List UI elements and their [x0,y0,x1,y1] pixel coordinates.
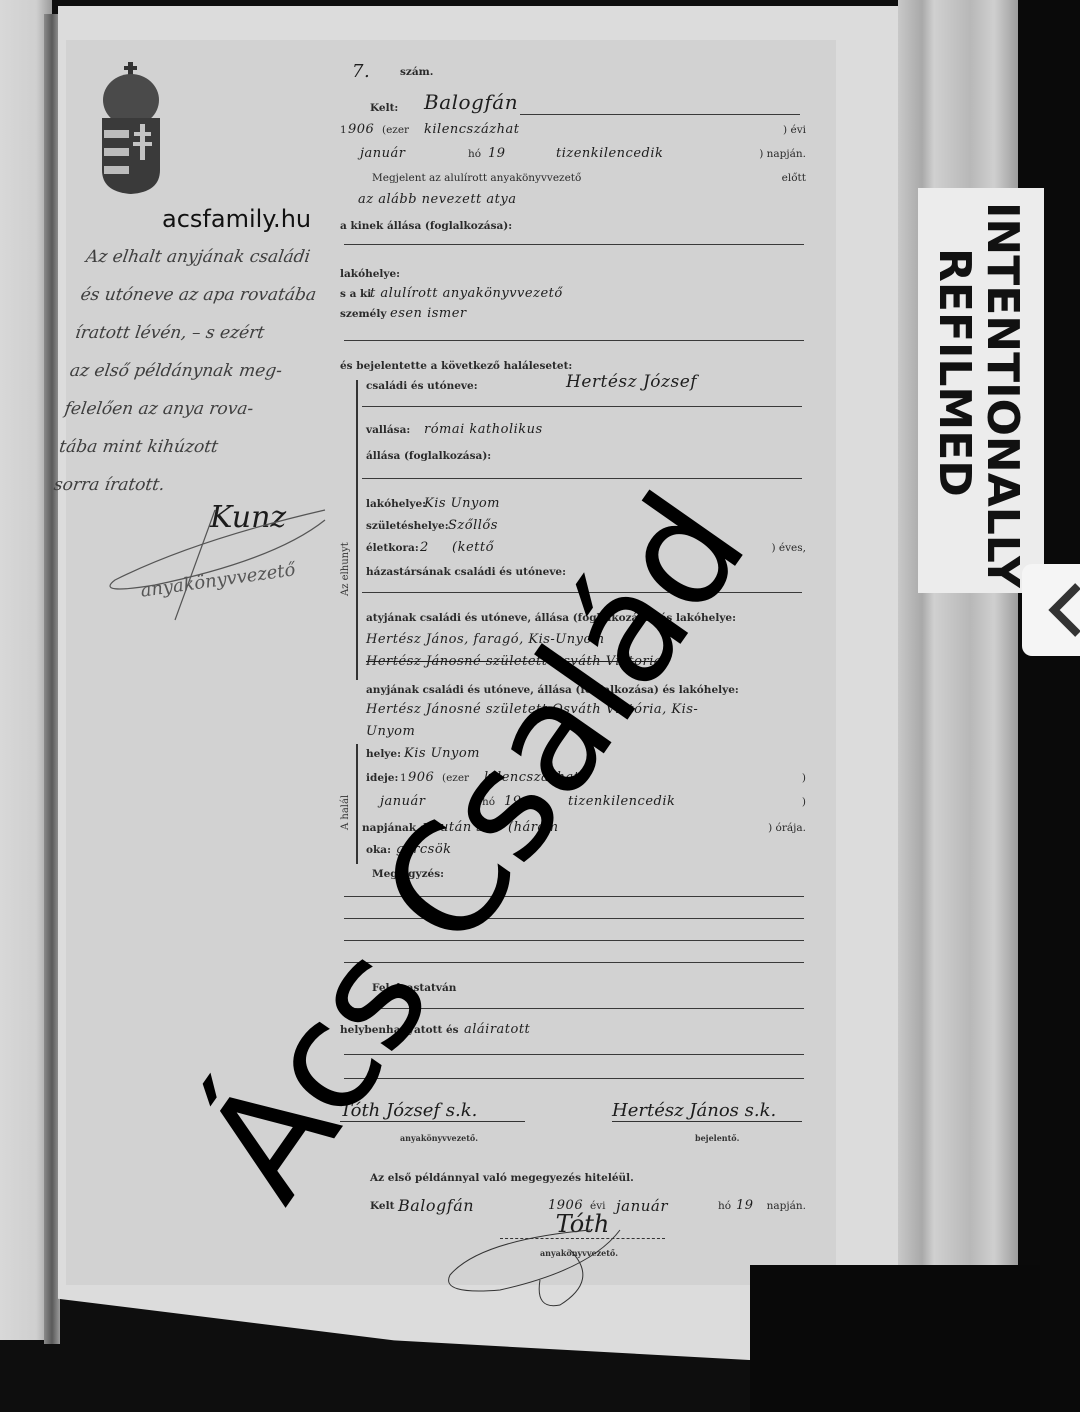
bejelentette-label: és bejelentette a következő halálesetet: [340,356,572,376]
szemely-value: esen ismer [390,304,467,324]
entry-number-line: 7. szám. [340,62,806,82]
saki-value: t alulírott anyakönyvvezető [370,284,563,304]
declarant-line: az alább nevezett atya [340,190,806,210]
signature-flourish-icon [440,1210,640,1310]
deceased-name: Hertész József [566,372,697,392]
declarant-role: bejelentő. [695,1133,739,1143]
deceased-residence-line: lakóhelye: Kis Unyom [340,494,806,514]
kelt-line: Kelt: Balogfán [340,98,806,118]
stamp-line-2: REFILMED [929,248,980,497]
deceased-occupation-label: állása (foglalkozása): [366,446,491,466]
entry-number: 7. [352,62,370,82]
elott-label: előtt [782,168,806,188]
rule [362,406,802,407]
dark-background-bottom [750,1265,1040,1412]
month-value: január [360,144,406,164]
registrar-role: anyakönyvvezető. [400,1133,478,1143]
spouse-label: házastársának családi és utóneve: [366,562,566,582]
margin-note-line: sorra íratott. [51,466,326,504]
copy-day: 19 [736,1196,754,1216]
birthplace-label: születéshelye: [366,516,449,536]
margin-note-line: Az elhalt anyjának családi [83,238,358,276]
book-gutter [44,14,60,1344]
declarant-value: az alább nevezett atya [358,190,516,210]
death-place-label: helye: [366,744,401,764]
helyben-value: aláiratott [464,1020,530,1040]
evi-label: ) évi [783,120,806,140]
stamp-line-1: INTENTIONALLY [977,202,1028,588]
ho-label: hó [468,144,481,164]
religion-label: vallása: [366,420,410,440]
hungarian-coat-of-arms-icon [100,60,162,195]
age-value: 2 [420,538,429,558]
copy-ho: hó [718,1196,731,1216]
deceased-residence: Kis Unyom [424,494,500,514]
margin-note-line: íratott lévén, – s ezért [73,314,348,352]
year-line: 1 906 (ezer kilencszázhat ) évi [340,120,806,140]
residence-line: lakóhelye: [340,264,806,284]
rule [344,244,804,245]
occupation-label: a kinek állása (foglalkozása): [340,216,512,236]
refilmed-stamp: INTENTIONALLY REFILMED [918,188,1044,593]
year-prefix: 1 [340,120,347,140]
margin-note-line: az első példánynak meg- [67,352,342,390]
deceased-residence-label: lakóhelye: [366,494,426,514]
mother-value-2: Unyom [366,722,415,742]
religion-value: római katholikus [424,420,543,440]
deceased-name-label: családi és utóneve: [366,376,478,396]
age-label: életkora: [366,538,419,558]
margin-note-line: tába mint kihúzott [57,428,332,466]
margin-signature-flourish-icon [95,500,345,640]
ezer-label: (ezer [382,120,409,140]
birthplace-value: Szőllős [448,516,498,536]
place-value: Balogfán [424,92,518,112]
rule [362,478,802,479]
rule [520,114,800,115]
occupation-line: a kinek állása (foglalkozása): [340,216,806,236]
number-label: szám. [400,62,433,82]
death-year-prefix: 1 [400,768,407,788]
margin-note: Az elhalt anyjának családi és utóneve az… [51,238,358,504]
month-line: január hó 19 tizenkilencedik ) napján. [340,144,806,164]
margin-note-line: és utóneve az apa rovatába [78,276,353,314]
copy-statement: Az első példánnyal való megegyezés hitel… [370,1168,634,1188]
szemely-line: személy esen ismer [340,304,806,324]
napjan-label: ) napján. [759,144,806,164]
margin-note-line: felelően az anya rova- [62,390,337,428]
chevron-left-icon [1048,582,1080,638]
oraja-label: ) órája. [768,818,806,838]
declarant-signature: Hertész János s.k. [612,1100,802,1122]
rule [344,340,804,341]
religion-line: vallása: római katholikus [340,420,806,440]
age-words: (kettő [452,538,494,558]
deceased-occupation-line: állása (foglalkozása): [340,446,806,466]
watermark-site: acsfamily.hu [162,205,311,233]
year-value: 906 [348,120,374,140]
previous-page-button[interactable] [1022,564,1080,656]
saki-line: s a ki t alulírott anyakönyvvezető [340,284,806,304]
megjelent-label: Megjelent az alulírott anyakönyvvezető [372,168,581,188]
year-words: kilencszázhat [424,120,520,140]
kelt-label: Kelt: [370,98,398,118]
death-time-label: ideje: [366,768,398,788]
day-words: tizenkilencedik [556,144,663,164]
day-value: 19 [488,144,506,164]
copy-kelt-label: Kelt [370,1196,394,1216]
megjelent-line: Megjelent az alulírott anyakönyvvezető e… [340,168,806,188]
age-suffix: ) éves, [771,538,806,558]
copy-statement-line: Az első példánnyal való megegyezés hitel… [340,1168,806,1188]
deceased-name-line: családi és utóneve: Hertész József [340,376,806,396]
copy-napjan: napján. [767,1196,806,1216]
